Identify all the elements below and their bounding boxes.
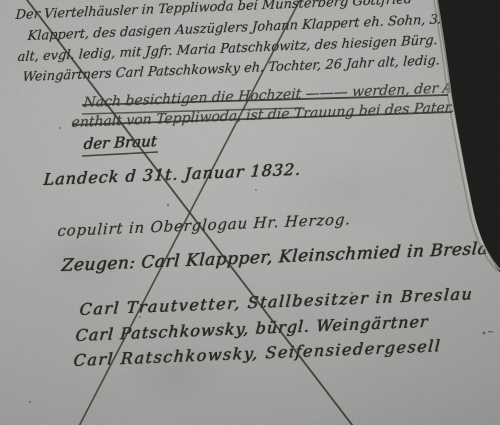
officiant-line: copulirt in Oberglogau Hr. Herzog. xyxy=(57,212,351,239)
document-photo: Der Viertelhäusler in Teppliwoda bei Mün… xyxy=(0,0,500,425)
witness-line-1: Zeugen: Carl Klappper, Kleinschmied in B… xyxy=(61,240,500,275)
cancelled-tail: der Braut xyxy=(83,134,157,152)
register-page: Der Viertelhäusler in Teppliwoda bei Mün… xyxy=(0,0,500,425)
date-line: Landeck d 31t. Januar 1832. xyxy=(43,162,302,188)
